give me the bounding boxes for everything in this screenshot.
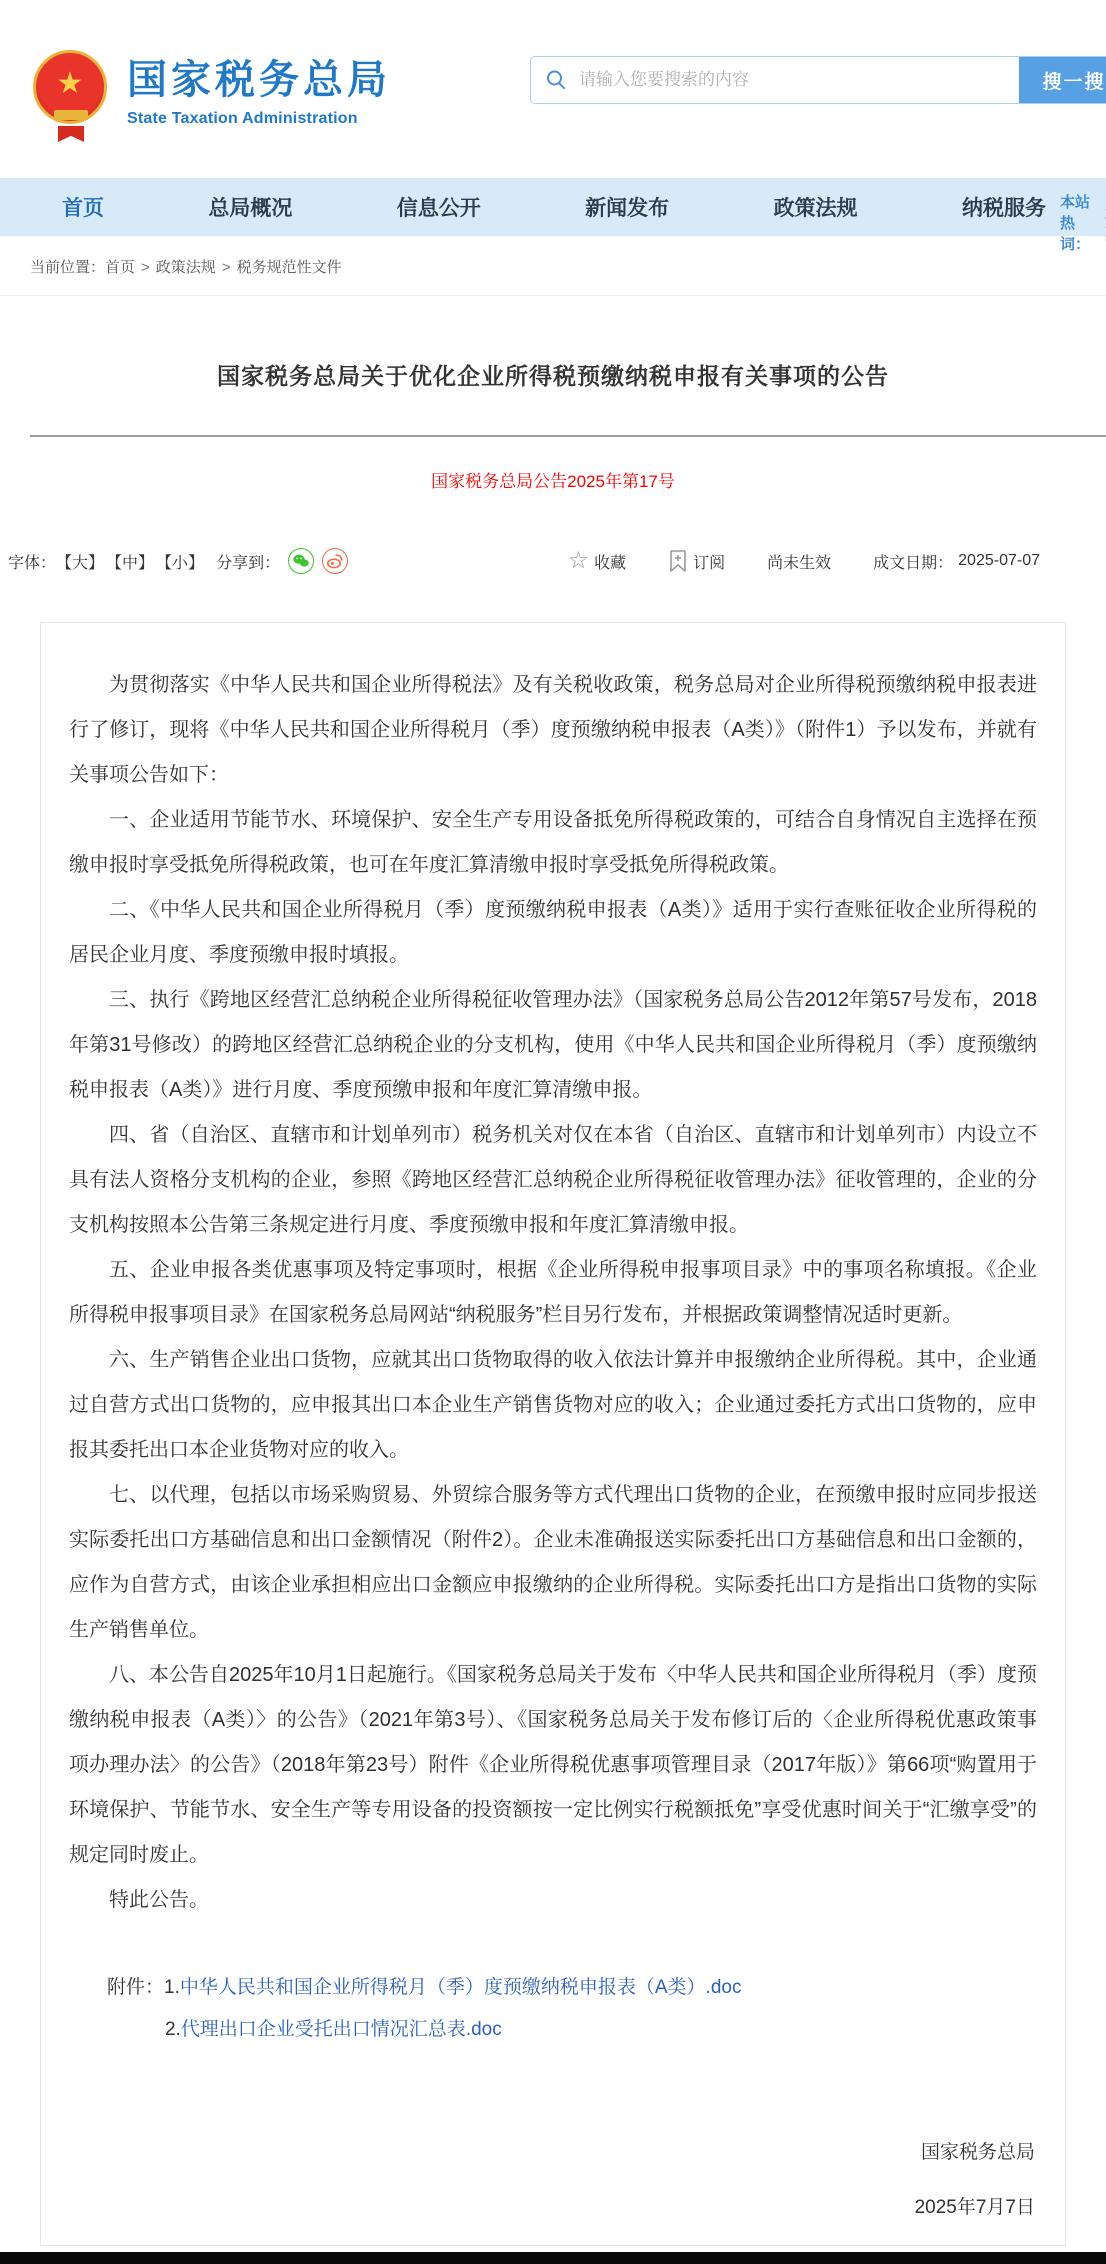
publish-date: 成文日期： 2025-07-07 <box>873 550 1040 573</box>
breadcrumb-home[interactable]: 首页 <box>105 259 135 276</box>
signature-org: 国家税务总局 <box>69 2137 1035 2164</box>
title-divider <box>30 435 1106 437</box>
bookmark-plus-icon <box>668 549 688 573</box>
paragraph: 三、执行《跨地区经营汇总纳税企业所得税征收管理办法》（国家税务总局公告2012年… <box>69 978 1037 1113</box>
nav-item-overview[interactable]: 总局概况 <box>208 192 292 222</box>
hotwords-label: 本站热词： <box>1060 191 1090 254</box>
weibo-share-icon[interactable] <box>322 548 348 574</box>
paragraph: 六、生产销售企业出口货物，应就其出口货物取得的收入依法计算并申报缴纳企业所得税。… <box>69 1338 1037 1473</box>
article-toolbar: 字体： 【大】 【中】 【小】 分享到： ☆ 收藏 <box>0 548 1106 574</box>
paragraph: 为贯彻落实《中华人民共和国企业所得税法》及有关税收政策，税务总局对企业所得税预缴… <box>69 663 1037 798</box>
star-icon: ☆ <box>568 549 590 573</box>
subscribe-button[interactable]: 订阅 <box>668 549 725 573</box>
paragraph: 一、企业适用节能节水、环境保护、安全生产专用设备抵免所得税政策的，可结合自身情况… <box>69 798 1037 888</box>
site-logo[interactable]: ★ 国家税务总局 State Taxation Administration <box>33 50 391 136</box>
nav-item-news[interactable]: 新闻发布 <box>585 192 669 222</box>
share-label: 分享到： <box>216 550 280 573</box>
nav-item-disclosure[interactable]: 信息公开 <box>397 192 481 222</box>
attachments-label: 附件： <box>107 1977 164 1998</box>
favorite-button[interactable]: ☆ 收藏 <box>568 549 627 573</box>
breadcrumb: 当前位置：首页>政策法规>税务规范性文件 <box>0 236 1106 296</box>
hotwords-bar: 本站热词： 发票 小微企业 个人所得税 发票查询 社保 <box>1060 170 1106 275</box>
font-size-label: 字体： <box>8 550 56 573</box>
attachment-link-2[interactable]: 代理出口企业受托出口情况汇总表.doc <box>181 2019 502 2040</box>
search-button[interactable]: 搜一搜 <box>1019 56 1106 104</box>
page-title: 国家税务总局关于优化企业所得税预缴纳税申报有关事项的公告 <box>0 358 1106 391</box>
paragraph: 七、以代理，包括以市场采购贸易、外贸综合服务等方式代理出口货物的企业，在预缴申报… <box>69 1473 1037 1653</box>
paragraph: 二、《中华人民共和国企业所得税月（季）度预缴纳税申报表（A类）》适用于实行查账征… <box>69 888 1037 978</box>
article-body: 为贯彻落实《中华人民共和国企业所得税法》及有关税收政策，税务总局对企业所得税预缴… <box>40 622 1066 2246</box>
paragraph: 五、企业申报各类优惠事项及特定事项时，根据《企业所得税申报事项目录》中的事项名称… <box>69 1248 1037 1338</box>
wechat-share-icon[interactable] <box>288 548 314 574</box>
search-input[interactable] <box>579 57 1019 103</box>
paragraph: 四、省（自治区、直辖市和计划单列市）税务机关对仅在本省（自治区、直辖市和计划单列… <box>69 1113 1037 1248</box>
status-badge: 尚未生效 <box>767 550 831 573</box>
attachments: 附件：1.中华人民共和国企业所得税月（季）度预缴纳税申报表（A类）.doc 2.… <box>69 1967 1037 2051</box>
font-medium-button[interactable]: 【中】 <box>106 550 154 573</box>
font-large-button[interactable]: 【大】 <box>56 550 104 573</box>
breadcrumb-label: 当前位置： <box>30 259 105 276</box>
search-box: 搜一搜 <box>530 56 1106 104</box>
breadcrumb-current: 税务规范性文件 <box>237 259 342 276</box>
document-number: 国家税务总局公告2025年第17号 <box>0 467 1106 492</box>
main-nav: 首页 总局概况 信息公开 新闻发布 政策法规 纳税服务 <box>0 178 1106 236</box>
signature-block: 国家税务总局 2025年7月7日 <box>69 2137 1037 2219</box>
font-small-button[interactable]: 【小】 <box>156 550 204 573</box>
national-emblem-icon: ★ <box>33 50 109 136</box>
site-title: 国家税务总局 <box>127 58 391 102</box>
paragraph: 八、本公告自2025年10月1日起施行。《国家税务总局关于发布〈中华人民共和国企… <box>69 1653 1037 1878</box>
site-header: ★ 国家税务总局 State Taxation Administration 搜… <box>0 0 1106 178</box>
paragraph: 特此公告。 <box>69 1878 1037 1923</box>
search-icon <box>545 69 567 91</box>
site-title-en: State Taxation Administration <box>127 110 391 128</box>
breadcrumb-policy[interactable]: 政策法规 <box>156 259 216 276</box>
footer-bar <box>0 2252 1106 2264</box>
nav-item-policy[interactable]: 政策法规 <box>774 192 858 222</box>
nav-item-home[interactable]: 首页 <box>62 192 104 222</box>
attachment-link-1[interactable]: 中华人民共和国企业所得税月（季）度预缴纳税申报表（A类）.doc <box>180 1977 742 1998</box>
nav-item-taxservice[interactable]: 纳税服务 <box>962 192 1046 222</box>
